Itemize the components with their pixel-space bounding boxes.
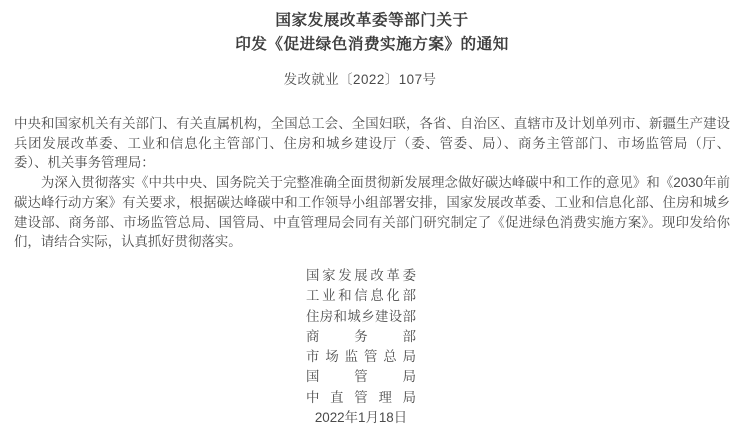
signature-line: 住房和城乡建设部 <box>306 307 416 327</box>
body-text: 中央和国家机关有关部门、有关直属机构，全国总工会、全国妇联，各省、自治区、直辖市… <box>14 114 730 252</box>
signature-block: 国家发展改革委工业和信息化部住房和城乡建设部商务部市场监管总局国管局中直管理局2… <box>306 266 416 428</box>
body-line: 们，请结合实际，认真抓好贯彻落实。 <box>14 232 730 252</box>
body-line: 兵团发展改革委、工业和信息化主管部门、住房和城乡建设厅（委、管委、局）、商务主管… <box>14 134 730 154</box>
document-number: 发改就业〔2022〕107号 <box>2 70 718 90</box>
notice-title: 国家发展改革委等部门关于 印发《促进绿色消费实施方案》的通知 <box>14 9 730 57</box>
body-line: 碳达峰行动方案》有关要求，根据碳达峰碳中和工作领导小组部署安排，国家发展改革委、… <box>14 193 730 213</box>
body-line: 为深入贯彻落实《中共中央、国务院关于完整准确全面贯彻新发展理念做好碳达峰碳中和工… <box>14 173 730 193</box>
body-line: 委）、机关事务管理局： <box>14 153 730 173</box>
signature-line: 中直管理局 <box>306 388 416 408</box>
document-page: 国家发展改革委等部门关于 印发《促进绿色消费实施方案》的通知 发改就业〔2022… <box>0 0 744 434</box>
notice-title-line-2: 印发《促进绿色消费实施方案》的通知 <box>14 33 730 57</box>
signature-line: 商务部 <box>306 327 416 347</box>
notice-title-line-1: 国家发展改革委等部门关于 <box>14 9 730 33</box>
signature-line: 市场监管总局 <box>306 347 416 367</box>
body-line: 建设部、商务部、市场监管总局、国管局、中直管理局会同有关部门研究制定了《促进绿色… <box>14 213 730 233</box>
signature-line: 国家发展改革委 <box>306 266 416 286</box>
signature-line: 国管局 <box>306 367 416 387</box>
signature-date: 2022年1月18日 <box>306 408 416 428</box>
signature-line: 工业和信息化部 <box>306 286 416 306</box>
body-line: 中央和国家机关有关部门、有关直属机构，全国总工会、全国妇联，各省、自治区、直辖市… <box>14 114 730 134</box>
